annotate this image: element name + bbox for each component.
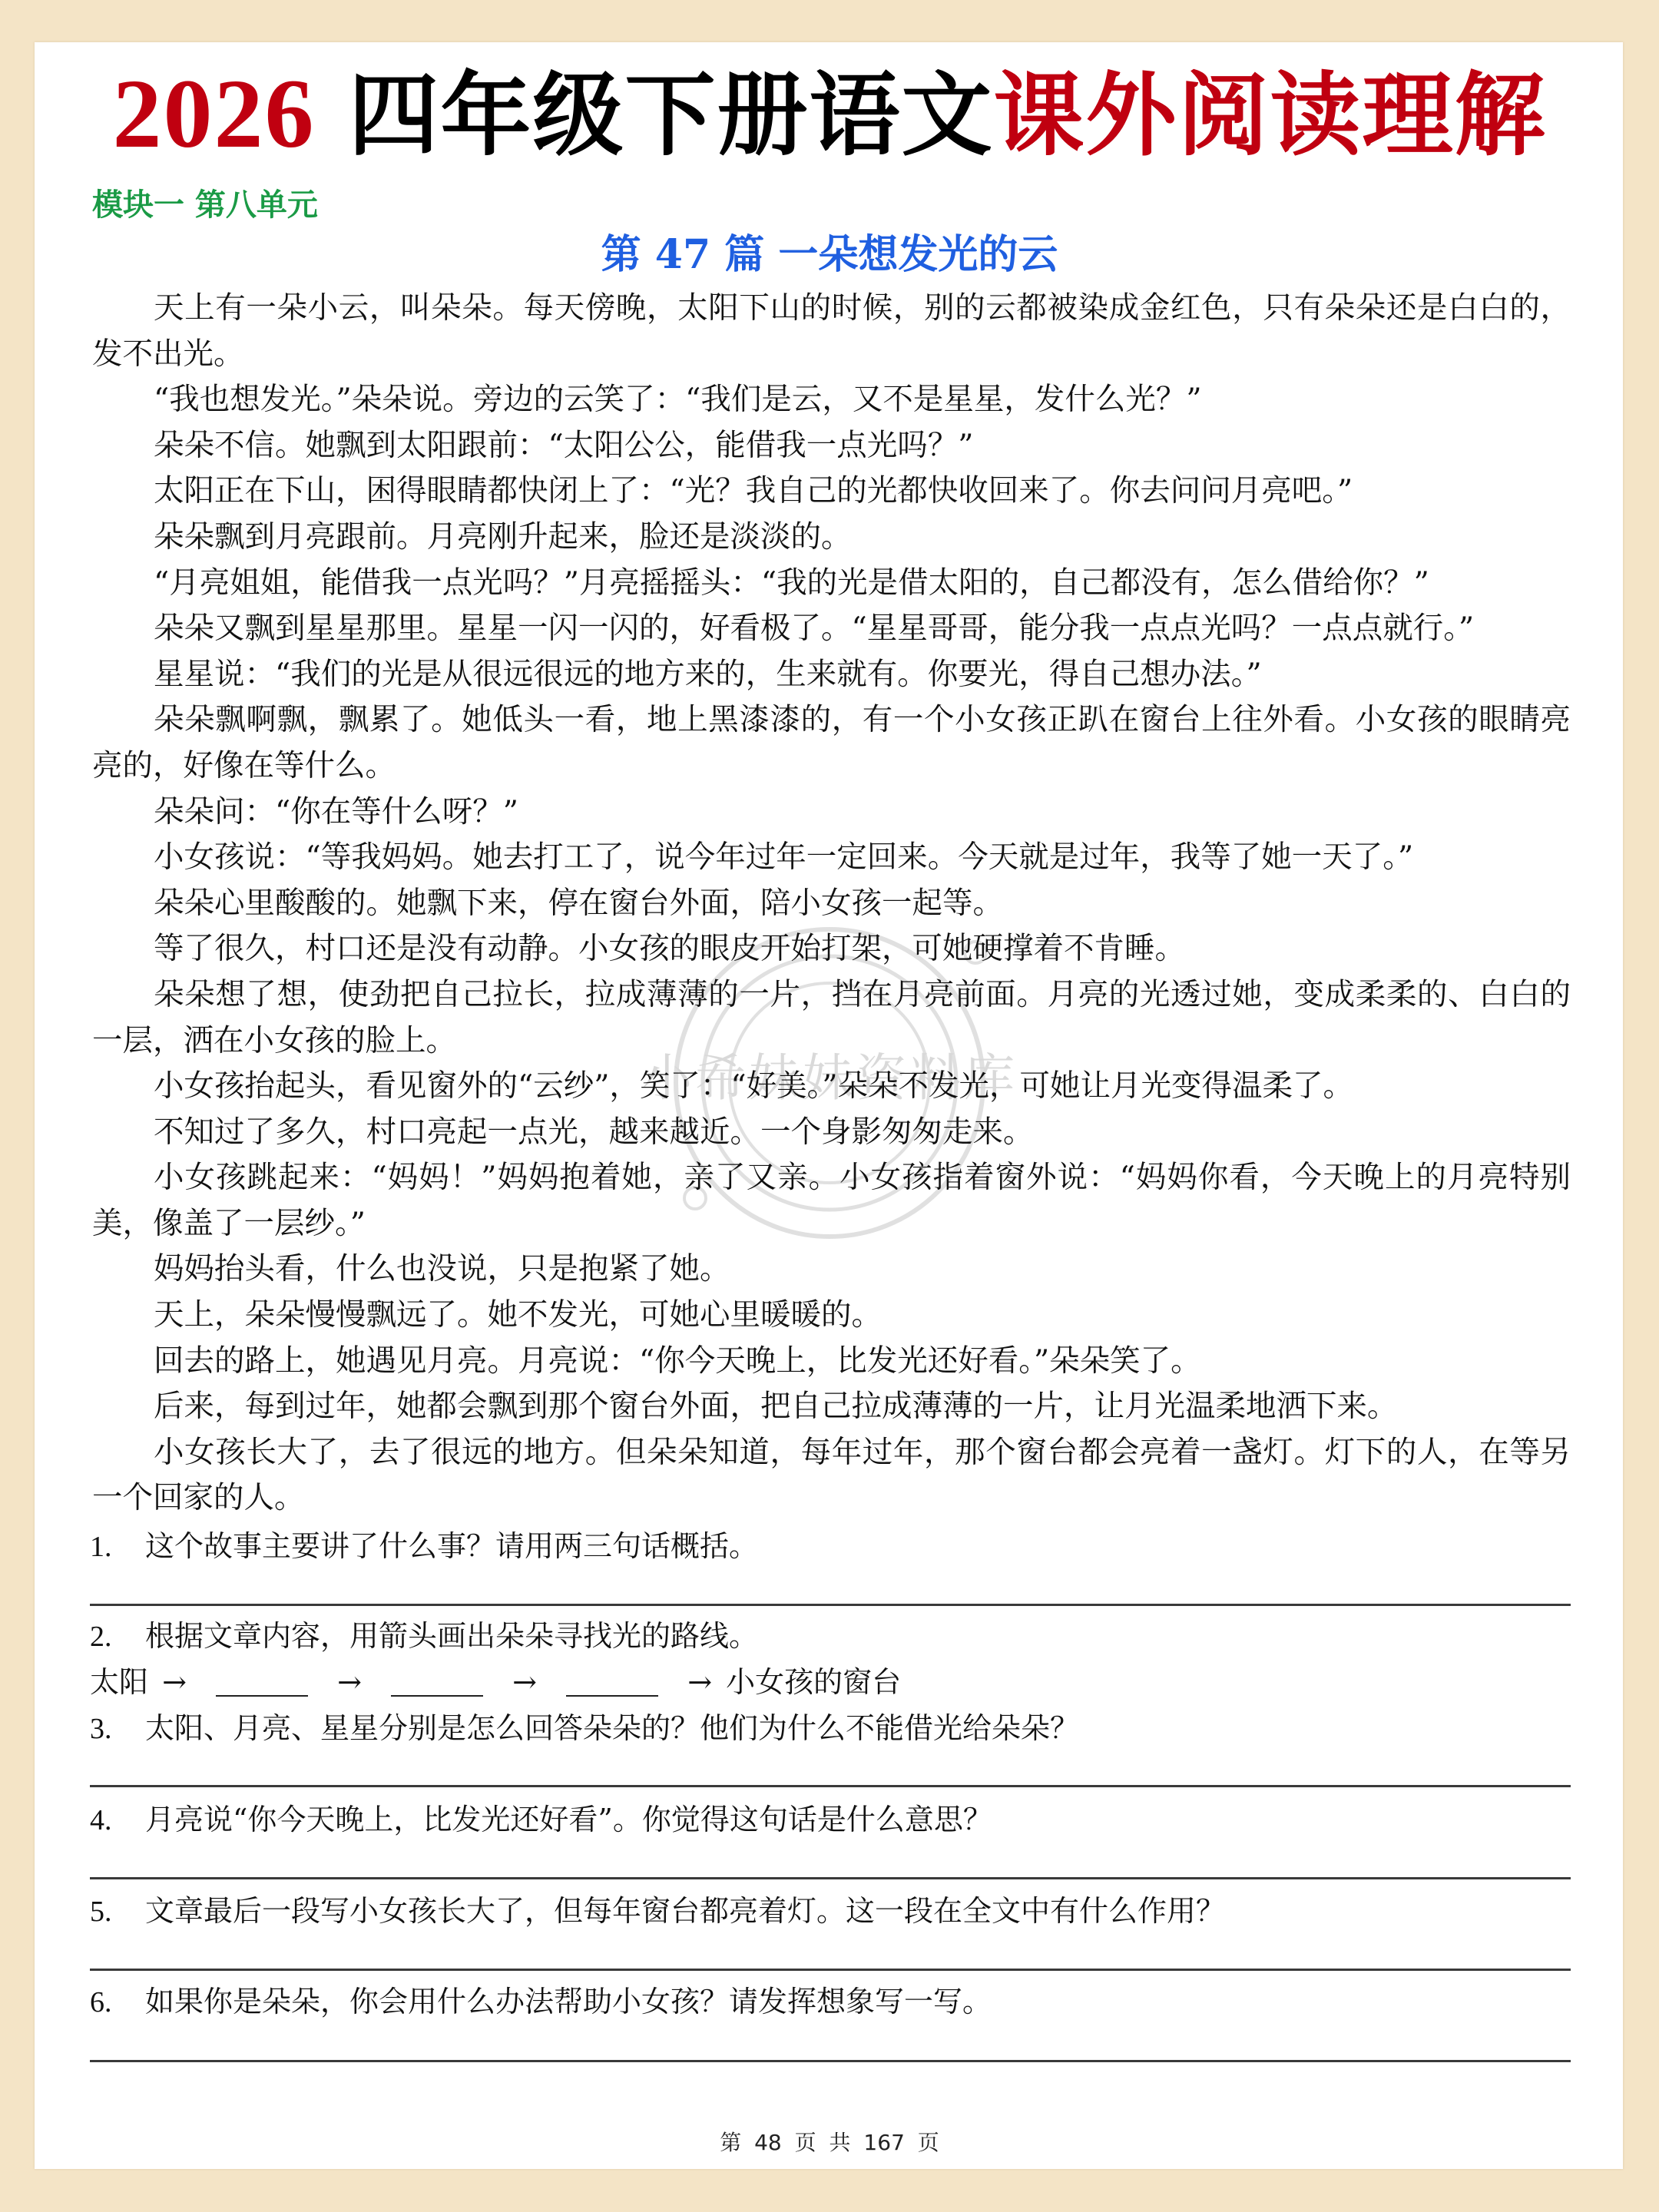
title-main: 四年级下册语文: [349, 62, 994, 168]
paragraph: 等了很久，村口还是没有动静。小女孩的眼皮开始打架，可她硬撑着不肯睡。: [92, 926, 1571, 972]
title-year: 2026: [112, 59, 315, 168]
question-1: 1.这个故事主要讲了什么事？请用两三句话概括。: [90, 1525, 1571, 1568]
paragraph: 天上有一朵小云，叫朵朵。每天傍晚，太阳下山的时候，别的云都被染成金红色，只有朵朵…: [92, 286, 1571, 377]
route-start: 太阳: [90, 1665, 148, 1699]
paragraph: 小女孩跳起来：“妈妈！”妈妈抱着她，亲了又亲。小女孩指着窗外说：“妈妈你看，今天…: [92, 1155, 1571, 1247]
route-end: 小女孩的窗台: [726, 1665, 901, 1699]
question-number: 4.: [90, 1799, 145, 1842]
question-4: 4.月亮说“你今天晚上，比发光还好看”。你觉得这句话是什么意思？: [90, 1798, 1571, 1842]
question-text: 月亮说“你今天晚上，比发光还好看”。你觉得这句话是什么意思？: [145, 1803, 992, 1836]
route-diagram: 太阳 → → → → 小女孩的窗台: [90, 1661, 901, 1704]
paragraph: 后来，每到过年，她都会飘到那个窗台外面，把自己拉成薄薄的一片，让月光温柔地洒下来…: [92, 1384, 1571, 1430]
question-number: 2.: [90, 1615, 145, 1658]
article-heading: 第 47 篇 一朵想发光的云: [0, 230, 1659, 280]
route-blank-3[interactable]: [566, 1664, 658, 1697]
route-blank-1[interactable]: [216, 1664, 308, 1697]
paragraph: 朵朵不信。她飘到太阳跟前：“太阳公公，能借我一点光吗？”: [92, 423, 1571, 469]
arrow-right-icon: →: [162, 1665, 187, 1699]
answer-line-5[interactable]: [90, 1969, 1571, 1971]
question-6: 6.如果你是朵朵，你会用什么办法帮助小女孩？请发挥想象写一写。: [90, 1980, 1571, 2024]
route-blank-2[interactable]: [391, 1664, 483, 1697]
paragraph: “月亮姐姐，能借我一点光吗？”月亮摇摇头：“我的光是借太阳的，自己都没有，怎么借…: [92, 561, 1571, 607]
answer-line-6[interactable]: [90, 2060, 1571, 2062]
paragraph: 小女孩说：“等我妈妈。她去打工了，说今年过年一定回来。今天就是过年，我等了她一天…: [92, 835, 1571, 881]
paragraph: “我也想发光。”朵朵说。旁边的云笑了：“我们是云，又不是星星，发什么光？”: [92, 377, 1571, 423]
question-3: 3.太阳、月亮、星星分别是怎么回答朵朵的？他们为什么不能借光给朵朵？: [90, 1707, 1571, 1750]
question-5: 5.文章最后一段写小女孩长大了，但每年窗台都亮着灯。这一段在全文中有什么作用？: [90, 1889, 1571, 1933]
question-text: 文章最后一段写小女孩长大了，但每年窗台都亮着灯。这一段在全文中有什么作用？: [145, 1894, 1225, 1928]
paragraph: 小女孩长大了，去了很远的地方。但朵朵知道，每年过年，那个窗台都会亮着一盏灯。灯下…: [92, 1430, 1571, 1522]
paragraph: 回去的路上，她遇见月亮。月亮说：“你今天晚上，比发光还好看。”朵朵笑了。: [92, 1339, 1571, 1385]
paragraph: 太阳正在下山，困得眼睛都快闭上了：“光？我自己的光都快收回来了。你去问问月亮吧。…: [92, 469, 1571, 515]
paragraph: 朵朵飘到月亮跟前。月亮刚升起来，脸还是淡淡的。: [92, 515, 1571, 561]
paragraph: 朵朵想了想，使劲把自己拉长，拉成薄薄的一片，挡在月亮前面。月亮的光透过她，变成柔…: [92, 972, 1571, 1064]
question-2: 2.根据文章内容，用箭头画出朵朵寻找光的路线。: [90, 1614, 1571, 1658]
paragraph: 朵朵又飘到星星那里。星星一闪一闪的，好看极了。“星星哥哥，能分我一点点光吗？一点…: [92, 606, 1571, 652]
paragraph: 朵朵心里酸酸的。她飘下来，停在窗台外面，陪小女孩一起等。: [92, 881, 1571, 927]
arrow-right-icon: →: [337, 1665, 362, 1699]
answer-line-3[interactable]: [90, 1785, 1571, 1787]
answer-line-1[interactable]: [90, 1604, 1571, 1606]
title-highlight: 课外阅读理解: [994, 62, 1547, 168]
paragraph: 不知过了多久，村口亮起一点光，越来越近。一个身影匆匆走来。: [92, 1110, 1571, 1156]
paragraph: 天上，朵朵慢慢飘远了。她不发光，可她心里暖暖的。: [92, 1293, 1571, 1339]
paragraph: 妈妈抬头看，什么也没说，只是抱紧了她。: [92, 1247, 1571, 1293]
question-number: 6.: [90, 1981, 145, 2024]
paragraph: 小女孩抬起头，看见窗外的“云纱”，笑了：“好美。”朵朵不发光，可她让月光变得温柔…: [92, 1064, 1571, 1110]
answer-line-4[interactable]: [90, 1877, 1571, 1879]
question-number: 3.: [90, 1707, 145, 1750]
question-text: 如果你是朵朵，你会用什么办法帮助小女孩？请发挥想象写一写。: [145, 1985, 992, 2018]
article-body: 天上有一朵小云，叫朵朵。每天傍晚，太阳下山的时候，别的云都被染成金红色，只有朵朵…: [92, 286, 1571, 1522]
paragraph: 朵朵飘啊飘，飘累了。她低头一看，地上黑漆漆的，有一个小女孩正趴在窗台上往外看。小…: [92, 697, 1571, 789]
question-number: 5.: [90, 1890, 145, 1933]
question-text: 这个故事主要讲了什么事？请用两三句话概括。: [145, 1529, 758, 1563]
module-label: 模块一 第八单元: [92, 186, 318, 224]
question-text: 根据文章内容，用箭头画出朵朵寻找光的路线。: [145, 1619, 758, 1653]
paragraph: 星星说：“我们的光是从很远很远的地方来的，生来就有。你要光，得自己想办法。”: [92, 652, 1571, 698]
page-title: 2026 四年级下册语文课外阅读理解: [0, 60, 1659, 169]
question-number: 1.: [90, 1525, 145, 1568]
arrow-right-icon: →: [512, 1665, 537, 1699]
page-footer: 第 48 页 共 167 页: [0, 2128, 1659, 2158]
paragraph: 朵朵问：“你在等什么呀？”: [92, 790, 1571, 836]
question-text: 太阳、月亮、星星分别是怎么回答朵朵的？他们为什么不能借光给朵朵？: [145, 1711, 1079, 1745]
arrow-right-icon: →: [687, 1665, 712, 1699]
